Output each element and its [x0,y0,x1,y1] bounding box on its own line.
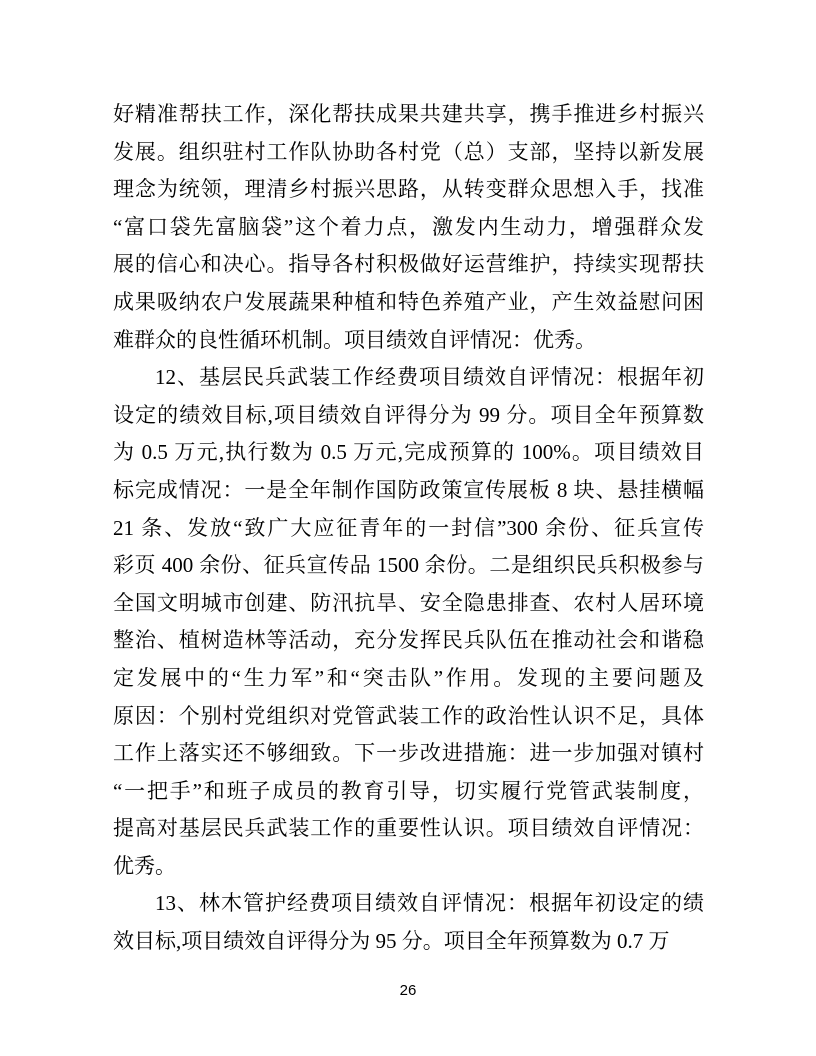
text-line: 整治、植树造林等活动，充分发挥民兵队伍在推动社会和谐稳 [113,622,704,660]
text-line: 全国文明城市创建、防汛抗旱、安全隐患排查、农村人居环境 [113,585,704,623]
text-line: 效目标,项目绩效自评得分为 95 分。项目全年预算数为 0.7 万 [113,923,704,961]
text-line: 成果吸纳农户发展蔬果种植和特色养殖产业，产生效益慰问困 [113,284,704,322]
text-line: 好精准帮扶工作，深化帮扶成果共建共享，携手推进乡村振兴 [113,96,704,134]
text-line: “富口袋先富脑袋”这个着力点，激发内生动力，增强群众发 [113,209,704,247]
text-line: 原因：个别村党组织对党管武装工作的政治性认识不足，具体 [113,698,704,736]
text-line: “一把手”和班子成员的教育引导，切实履行党管武装制度， [113,773,704,811]
text-line: 难群众的良性循环机制。项目绩效自评情况：优秀。 [113,322,704,360]
page-number: 26 [0,982,816,999]
text-line: 发展。组织驻村工作队协助各村党（总）支部，坚持以新发展 [113,134,704,172]
document-body: 好精准帮扶工作，深化帮扶成果共建共享，携手推进乡村振兴发展。组织驻村工作队协助各… [113,96,704,961]
text-line: 标完成情况：一是全年制作国防政策宣传展板 8 块、悬挂横幅 [113,472,704,510]
text-line: 定发展中的“生力军”和“突击队”作用。发现的主要问题及 [113,660,704,698]
text-line: 为 0.5 万元,执行数为 0.5 万元,完成预算的 100%。项目绩效目 [113,434,704,472]
text-line: 优秀。 [113,848,704,886]
text-line: 展的信心和决心。指导各村积极做好运营维护，持续实现帮扶 [113,246,704,284]
text-line: 彩页 400 余份、征兵宣传品 1500 余份。二是组织民兵积极参与 [113,547,704,585]
text-line: 提高对基层民兵武装工作的重要性认识。项目绩效自评情况： [113,810,704,848]
text-line: 理念为统领，理清乡村振兴思路，从转变群众思想入手，找准 [113,171,704,209]
document-page: 好精准帮扶工作，深化帮扶成果共建共享，携手推进乡村振兴发展。组织驻村工作队协助各… [0,0,816,1056]
text-line: 工作上落实还不够细致。下一步改进措施：进一步加强对镇村 [113,735,704,773]
text-line: 21 条、发放“致广大应征青年的一封信”300 余份、征兵宣传 [113,510,704,548]
text-line: 设定的绩效目标,项目绩效自评得分为 99 分。项目全年预算数 [113,397,704,435]
text-line: 12、基层民兵武装工作经费项目绩效自评情况：根据年初 [113,359,704,397]
text-line: 13、林木管护经费项目绩效自评情况：根据年初设定的绩 [113,885,704,923]
